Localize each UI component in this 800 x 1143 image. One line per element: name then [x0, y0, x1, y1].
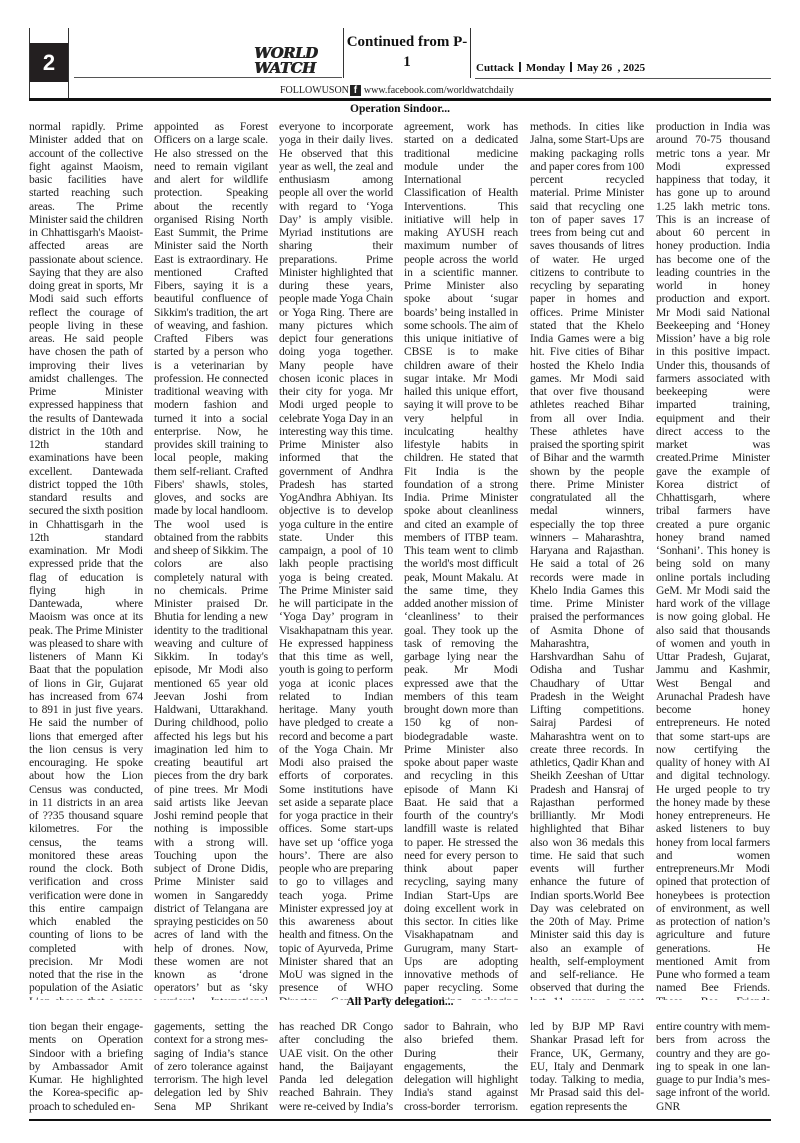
- column-text: methods. In cities like Jalna, some Star…: [530, 120, 644, 1000]
- article-column-1: normal rapidly. Prime Minister added tha…: [29, 120, 143, 1000]
- article-column-4: agreement, work has started on a dedicat…: [404, 120, 518, 1000]
- column-text: entire country with mem-bers from across…: [656, 1020, 770, 1113]
- column-text: agreement, work has started on a dedicat…: [404, 120, 518, 1000]
- column-text: production in India was around 70-75 tho…: [656, 120, 770, 1000]
- page-bottom-rule: [29, 1119, 771, 1121]
- article-heading-all-party-delegation: All Party delegation...: [0, 996, 800, 1008]
- dateline-city: Cuttack: [476, 62, 514, 74]
- continued-from-label: Continued from P-1: [344, 32, 470, 72]
- column-text: gagements, setting the context for a str…: [154, 1020, 268, 1115]
- header-logo-underline: [74, 77, 342, 78]
- article-column-3: has reached DR Congo after concluding th…: [279, 1020, 393, 1115]
- column-text: normal rapidly. Prime Minister added tha…: [29, 120, 143, 1000]
- article-column-3: everyone to incorporate yoga in their da…: [279, 120, 393, 1000]
- dateline-day: Monday: [526, 62, 565, 74]
- article-heading-operation-sindoor: Operation Sindoor...: [0, 103, 800, 115]
- column-text: tion began their engage-ments on Operati…: [29, 1020, 143, 1113]
- header-bottom-rule: [29, 98, 771, 101]
- dateline: CuttackMondayMay 26 , 2025: [476, 62, 645, 74]
- dateline-date: May 26 , 2025: [577, 62, 645, 74]
- column-text: appointed as Forest Officers on a large …: [154, 120, 268, 1000]
- follow-us-bar: FOLLOWUSON f www.facebook.com/worldwatch…: [280, 84, 514, 97]
- column-text: sador to Bahrain, who also briefed them.…: [404, 1020, 518, 1115]
- column-text: everyone to incorporate yoga in their da…: [279, 120, 393, 1000]
- facebook-icon: f: [350, 85, 361, 96]
- page-number-badge: 2: [30, 43, 68, 82]
- article-column-2: appointed as Forest Officers on a large …: [154, 120, 268, 1000]
- header-dateline-underline: [475, 78, 771, 79]
- article-column-6: production in India was around 70-75 tho…: [656, 120, 770, 1000]
- facebook-url-link[interactable]: www.facebook.com/worldwatchdaily: [364, 85, 514, 96]
- dateline-separator: [519, 62, 521, 72]
- article-column-1: tion began their engage-ments on Operati…: [29, 1020, 143, 1115]
- world-watch-logo: WORLD WATCH: [254, 40, 344, 76]
- column-text: led by BJP MP Ravi Shankar Prasad left f…: [530, 1020, 644, 1113]
- article-column-2: gagements, setting the context for a str…: [154, 1020, 268, 1115]
- article-column-5: led by BJP MP Ravi Shankar Prasad left f…: [530, 1020, 644, 1115]
- column-text: has reached DR Congo after concluding th…: [279, 1020, 393, 1115]
- header-pagebox-divider: [68, 28, 69, 100]
- follow-us-label: FOLLOWUSON: [280, 85, 349, 96]
- dateline-separator: [570, 62, 572, 72]
- article-column-5: methods. In cities like Jalna, some Star…: [530, 120, 644, 1000]
- header-continued-divider: [470, 28, 471, 78]
- article-column-4: sador to Bahrain, who also briefed them.…: [404, 1020, 518, 1115]
- article-column-6: entire country with mem-bers from across…: [656, 1020, 770, 1115]
